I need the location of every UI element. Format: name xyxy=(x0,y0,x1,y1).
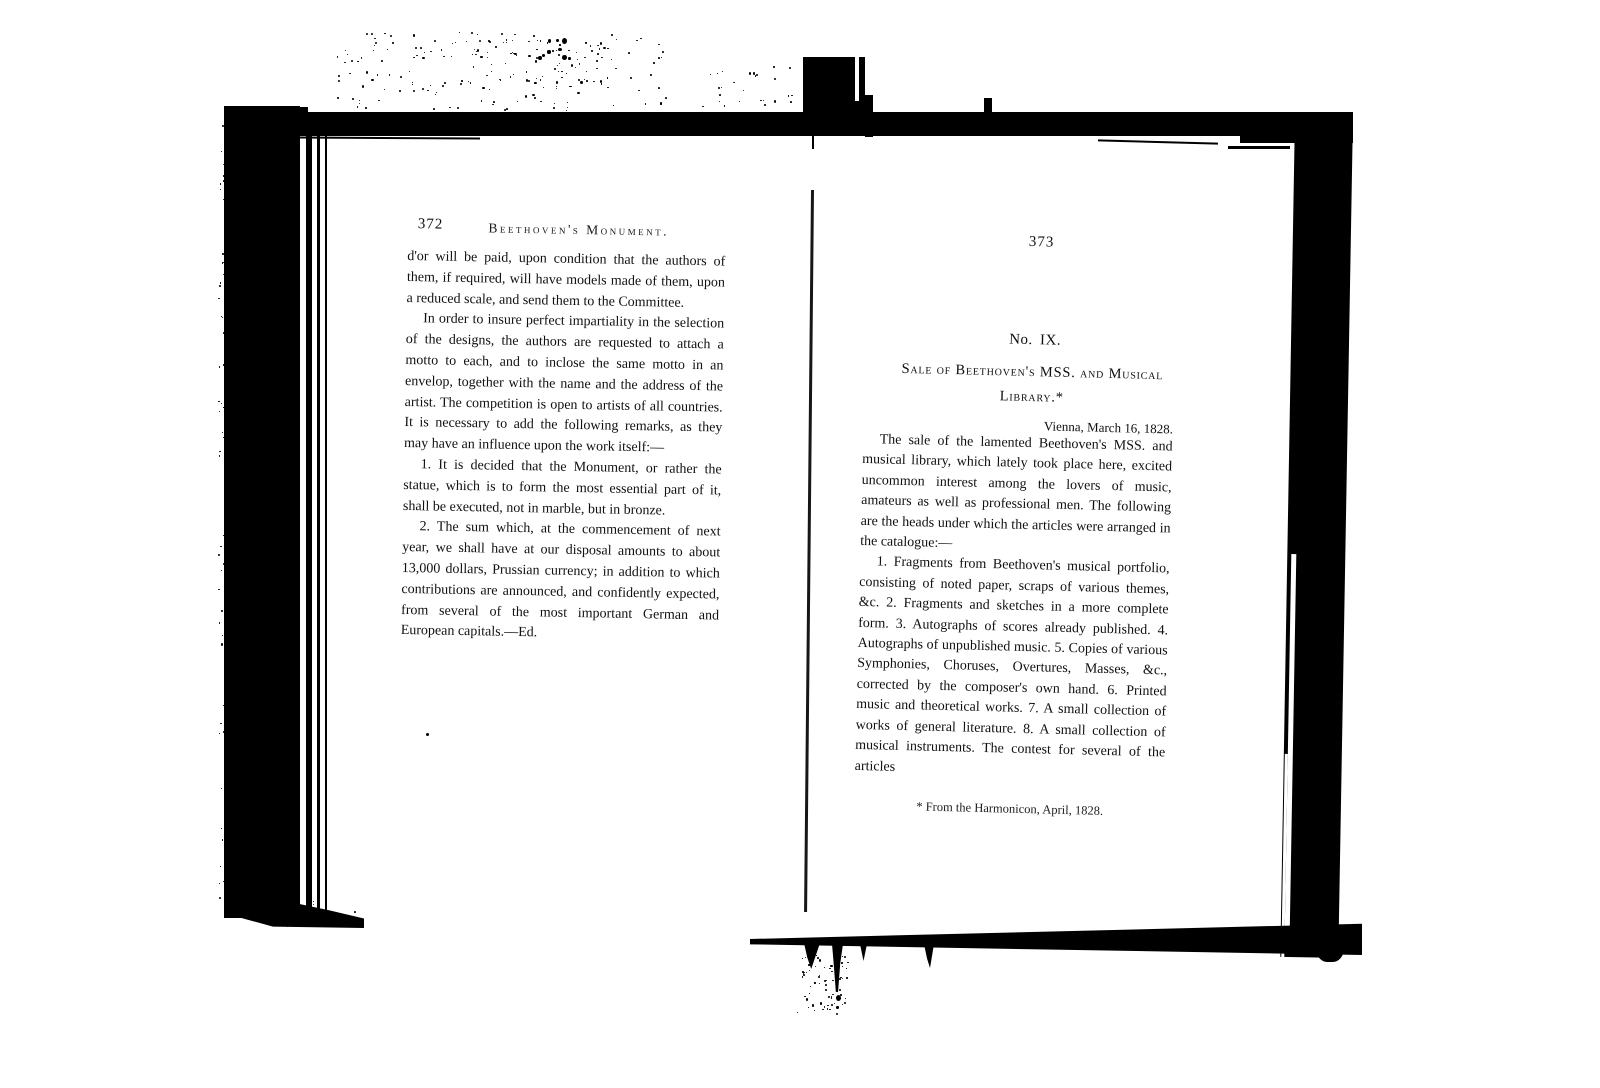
dust-speck xyxy=(804,996,806,998)
dust-speck xyxy=(374,38,376,39)
dust-speck xyxy=(221,788,222,789)
dust-speck xyxy=(218,554,220,556)
dust-speck xyxy=(812,1004,814,1006)
dust-speck xyxy=(808,964,809,965)
dust-speck xyxy=(224,502,225,504)
dust-speck xyxy=(825,984,827,986)
section-title: Sale of Beethoven's MSS. and Musical Lib… xyxy=(893,357,1170,414)
paragraph: d'or will be paid, upon condition that t… xyxy=(406,247,725,315)
dust-speck xyxy=(822,1009,823,1010)
top-edge-band-bump xyxy=(984,98,992,114)
dust-speck xyxy=(221,643,223,645)
dust-speck xyxy=(366,33,368,35)
dust-speck xyxy=(568,57,570,60)
dust-speck xyxy=(390,35,392,37)
dust-speck xyxy=(831,997,833,998)
dust-speck xyxy=(554,103,555,104)
dust-speck xyxy=(567,107,568,108)
dust-speck xyxy=(640,38,641,39)
dust-speck xyxy=(556,86,557,87)
dust-speck xyxy=(615,68,616,69)
dust-speck xyxy=(457,107,459,109)
dust-speck xyxy=(221,316,222,317)
dust-speck xyxy=(536,78,538,79)
dust-speck xyxy=(818,976,820,978)
dust-speck xyxy=(345,918,347,920)
dust-speck xyxy=(552,50,553,52)
dust-speck xyxy=(218,589,219,590)
dust-speck xyxy=(422,57,424,59)
dust-speck xyxy=(381,60,383,62)
dust-speck xyxy=(611,34,613,36)
dust-speck xyxy=(556,88,557,89)
dust-speck xyxy=(224,418,225,419)
dust-speck xyxy=(832,980,834,982)
right-page-body: The sale of the lamented Beethoven's MSS… xyxy=(854,430,1172,784)
bottom-drip-2 xyxy=(832,944,843,992)
dust-speck xyxy=(366,71,368,74)
dust-speck xyxy=(836,1013,838,1015)
dust-speck xyxy=(489,89,490,90)
dust-speck xyxy=(653,62,654,64)
dust-speck xyxy=(596,68,598,70)
dust-speck xyxy=(422,88,424,90)
dust-speck xyxy=(427,90,429,91)
dust-speck xyxy=(831,996,832,997)
dust-speck xyxy=(847,962,848,963)
dust-speck xyxy=(473,66,474,67)
dust-speck xyxy=(832,994,834,996)
left-edge-stripe-3 xyxy=(325,124,327,912)
dust-speck xyxy=(474,49,475,50)
dust-speck xyxy=(378,100,380,102)
dust-speck xyxy=(802,958,803,959)
dust-speck xyxy=(590,45,592,47)
dust-speck xyxy=(219,455,220,456)
dust-speck xyxy=(487,57,488,58)
dust-speck xyxy=(472,54,473,55)
dust-speck xyxy=(719,94,721,96)
dust-speck xyxy=(460,83,462,85)
dust-speck xyxy=(221,151,222,152)
dust-speck xyxy=(547,50,551,53)
dust-speck xyxy=(477,34,478,36)
dust-speck xyxy=(337,56,338,58)
dust-speck xyxy=(223,199,224,200)
dust-speck xyxy=(824,1006,826,1008)
dust-speck xyxy=(470,82,471,83)
dust-speck xyxy=(607,87,609,88)
dust-speck xyxy=(433,108,435,110)
dust-speck xyxy=(556,39,559,42)
left-edge-stripe-1 xyxy=(306,112,312,912)
dust-speck xyxy=(517,101,519,103)
dust-speck xyxy=(660,102,662,104)
dust-speck xyxy=(514,34,516,36)
dust-speck xyxy=(480,56,482,58)
dust-speck xyxy=(359,100,361,101)
dust-speck xyxy=(616,39,617,40)
dust-speck xyxy=(221,403,222,404)
dust-speck xyxy=(493,101,495,103)
dust-speck xyxy=(846,977,847,979)
dust-speck xyxy=(580,81,582,83)
top-edge-wavy-line-2 xyxy=(1228,146,1290,149)
dust-speck xyxy=(455,42,456,43)
dust-speck xyxy=(724,105,726,107)
dust-speck xyxy=(842,978,843,979)
dust-speck xyxy=(413,57,414,58)
dust-speck xyxy=(361,57,362,59)
dust-speck xyxy=(220,282,222,283)
section-number: No. IX. xyxy=(879,328,1191,353)
dust-speck xyxy=(571,64,573,67)
dust-speck xyxy=(599,48,600,49)
gutter-line xyxy=(804,190,814,912)
dust-speck xyxy=(221,610,223,612)
dust-speck xyxy=(436,92,437,93)
dust-speck xyxy=(816,955,817,956)
dust-speck xyxy=(319,900,320,901)
dust-speck xyxy=(661,57,662,58)
dust-speck xyxy=(392,42,394,44)
dust-speck xyxy=(482,87,484,89)
dust-speck xyxy=(559,44,560,46)
dust-speck xyxy=(814,1010,816,1011)
dust-speck xyxy=(225,163,226,164)
dust-speck xyxy=(357,61,358,63)
dust-speck xyxy=(839,978,841,980)
dust-speck xyxy=(802,976,803,977)
dust-speck xyxy=(789,67,791,69)
dust-speck xyxy=(219,733,220,734)
dust-speck xyxy=(773,66,775,67)
dust-speck xyxy=(413,34,415,36)
dust-speck xyxy=(584,79,585,80)
dust-speck xyxy=(375,42,377,44)
dust-speck xyxy=(513,53,515,54)
dust-speck xyxy=(760,100,762,102)
dust-speck xyxy=(533,35,535,36)
dust-speck xyxy=(556,50,557,51)
dust-speck xyxy=(223,175,224,177)
dust-speck xyxy=(702,106,704,107)
dust-speck xyxy=(219,411,220,412)
left-edge-band xyxy=(224,106,300,918)
dust-speck xyxy=(262,911,264,913)
dust-speck xyxy=(600,42,602,45)
dust-speck xyxy=(718,87,720,89)
dust-speck xyxy=(500,79,501,80)
dust-speck xyxy=(222,839,224,841)
right-edge-band xyxy=(1280,114,1353,958)
dust-speck xyxy=(831,971,833,972)
dust-speck xyxy=(219,897,221,899)
dust-speck xyxy=(841,962,843,963)
dust-speck xyxy=(842,956,843,957)
dust-speck xyxy=(743,90,744,92)
dust-speck xyxy=(820,1002,822,1004)
dust-speck xyxy=(834,1003,835,1004)
dust-speck xyxy=(503,42,504,43)
dust-speck xyxy=(506,39,507,41)
dust-speck xyxy=(220,189,221,190)
footnote: * From the Harmonicon, April, 1828. xyxy=(854,798,1166,821)
dust-speck xyxy=(224,716,226,718)
dust-speck xyxy=(486,75,488,76)
dust-speck xyxy=(829,1009,831,1010)
dust-speck xyxy=(347,917,348,919)
dust-speck xyxy=(717,73,718,74)
left-running-head: Beethoven's Monument. xyxy=(420,219,738,241)
dust-speck xyxy=(451,56,452,57)
dust-speck xyxy=(815,966,816,967)
dust-speck xyxy=(844,956,846,958)
left-edge-stripe-2 xyxy=(317,118,320,914)
dust-speck xyxy=(529,41,530,42)
dust-speck xyxy=(566,110,567,111)
dust-speck xyxy=(540,40,541,41)
dust-speck xyxy=(577,59,578,60)
dust-speck xyxy=(819,959,821,962)
gutter-line-upper-segment xyxy=(812,131,814,149)
dust-speck xyxy=(814,982,815,984)
dust-speck xyxy=(223,180,225,182)
dust-speck xyxy=(836,968,837,969)
dust-speck xyxy=(810,986,811,987)
dust-speck xyxy=(420,47,422,49)
dust-speck xyxy=(535,60,537,63)
dust-speck xyxy=(584,57,586,58)
dust-speck xyxy=(479,40,481,42)
top-edge-wavy-line-1 xyxy=(1098,139,1218,144)
dust-speck xyxy=(220,183,222,184)
dust-speck xyxy=(424,52,425,53)
dust-speck xyxy=(532,94,534,96)
dust-speck xyxy=(510,76,512,78)
dust-speck xyxy=(365,107,367,109)
dust-speck xyxy=(430,85,431,87)
dust-speck xyxy=(354,911,356,913)
bottom-drip-3 xyxy=(860,944,867,961)
dust-speck xyxy=(586,80,588,82)
dust-speck xyxy=(218,401,219,402)
dust-speck xyxy=(371,79,373,81)
dust-speck xyxy=(842,966,843,967)
dust-speck xyxy=(477,49,479,51)
dust-speck xyxy=(281,917,283,918)
dust-speck xyxy=(808,1007,809,1008)
dust-speck xyxy=(568,50,570,51)
dust-speck xyxy=(352,98,354,100)
dust-speck xyxy=(553,107,555,109)
dust-speck xyxy=(803,974,805,975)
dust-speck xyxy=(662,51,664,53)
dust-speck xyxy=(516,55,518,56)
dust-speck xyxy=(613,105,614,106)
dust-speck xyxy=(219,451,220,452)
dust-speck xyxy=(840,994,842,996)
dust-speck xyxy=(556,81,558,84)
dust-speck xyxy=(373,50,374,51)
dust-speck xyxy=(481,100,482,102)
dust-speck xyxy=(506,108,508,110)
dust-speck xyxy=(226,428,228,430)
dust-speck xyxy=(351,60,353,62)
dust-speck xyxy=(528,55,530,57)
right-edge-slit-1 xyxy=(1285,554,1297,944)
dust-speck xyxy=(845,998,846,999)
dust-speck xyxy=(534,82,537,84)
dust-speck xyxy=(218,298,219,299)
dust-speck xyxy=(774,100,776,102)
dust-speck xyxy=(809,970,810,971)
dust-speck xyxy=(591,50,593,52)
dust-speck xyxy=(806,972,807,973)
dust-speck xyxy=(223,164,224,165)
book-scan-spread: 372 Beethoven's Monument. d'or will be p… xyxy=(0,0,1600,1088)
dust-speck xyxy=(491,64,492,65)
dust-speck xyxy=(345,50,346,51)
dust-speck xyxy=(475,54,477,55)
dust-speck xyxy=(374,45,375,46)
dust-speck xyxy=(763,100,764,101)
dust-speck xyxy=(593,81,594,82)
paragraph: In order to insure perfect impartiality … xyxy=(404,309,724,460)
dust-speck xyxy=(461,80,463,82)
dust-speck xyxy=(504,109,506,111)
dust-speck xyxy=(719,101,720,102)
dust-speck xyxy=(797,1012,798,1013)
paragraph: 2. The sum which, at the commencement of… xyxy=(401,517,721,647)
dust-speck xyxy=(349,73,351,74)
dust-speck xyxy=(226,486,228,488)
dust-speck xyxy=(827,1005,828,1006)
dust-speck xyxy=(221,570,222,572)
dust-speck xyxy=(576,52,578,54)
dust-speck xyxy=(558,54,560,56)
dust-speck xyxy=(223,437,224,438)
dust-speck xyxy=(219,883,220,884)
dust-speck xyxy=(471,32,473,34)
dust-speck xyxy=(756,74,758,76)
dust-speck xyxy=(506,42,507,43)
dust-speck xyxy=(409,71,410,72)
dust-speck xyxy=(645,103,647,105)
dust-speck xyxy=(628,52,630,54)
dust-speck xyxy=(542,76,543,77)
dust-speck xyxy=(650,74,652,76)
dust-speck xyxy=(223,563,225,565)
dust-speck xyxy=(221,828,222,829)
dust-speck xyxy=(739,101,741,102)
dust-speck xyxy=(721,87,722,88)
dust-speck xyxy=(501,33,503,35)
stray-dot-left-page xyxy=(426,733,429,736)
dust-speck xyxy=(223,407,224,408)
dust-speck xyxy=(749,72,751,74)
dust-speck xyxy=(802,971,804,973)
dust-speck xyxy=(559,63,560,64)
dust-speck xyxy=(567,102,568,103)
right-page: 373 No. IX. Sale of Beethoven's MSS. and… xyxy=(853,222,1180,859)
dust-speck xyxy=(558,48,563,51)
dust-speck xyxy=(352,916,353,918)
dust-speck xyxy=(226,304,227,305)
dust-speck xyxy=(316,911,317,912)
dust-speck xyxy=(220,546,221,547)
paragraph: 1. Fragments from Beethoven's musical po… xyxy=(854,552,1169,784)
dust-speck xyxy=(636,40,638,42)
dust-speck xyxy=(222,253,223,255)
dust-speck xyxy=(548,39,552,44)
dust-speck xyxy=(444,82,446,84)
dust-speck xyxy=(220,866,221,867)
dust-speck xyxy=(357,106,359,108)
dust-speck xyxy=(607,77,608,78)
dust-speck xyxy=(223,262,224,263)
dust-speck xyxy=(831,1004,833,1006)
dust-speck xyxy=(543,87,544,88)
dust-speck xyxy=(825,989,827,991)
dust-speck xyxy=(805,957,806,958)
dust-speck xyxy=(528,80,530,82)
dust-speck xyxy=(513,74,514,75)
dust-speck xyxy=(830,965,832,967)
dust-speck xyxy=(400,76,402,78)
dust-speck xyxy=(665,97,667,99)
dust-speck xyxy=(836,1006,838,1008)
dust-speck xyxy=(222,317,223,318)
dust-speck xyxy=(722,71,723,72)
dust-speck xyxy=(569,86,571,88)
dust-speck xyxy=(540,79,542,81)
dust-speck xyxy=(808,965,810,967)
top-tab xyxy=(803,57,865,117)
dust-speck xyxy=(279,919,281,920)
dust-speck xyxy=(412,82,413,83)
dust-speck xyxy=(359,103,360,104)
dust-speck xyxy=(658,44,660,46)
dust-speck xyxy=(561,71,563,72)
dust-speck xyxy=(733,82,735,83)
dust-speck xyxy=(466,41,468,43)
dust-speck xyxy=(607,48,609,50)
dust-speck xyxy=(809,993,810,994)
dust-speck xyxy=(846,968,847,969)
dust-speck xyxy=(344,62,346,64)
dust-speck xyxy=(819,983,820,984)
dust-speck xyxy=(219,285,221,287)
top-edge-band-left-joint xyxy=(238,107,308,125)
dust-speck xyxy=(788,95,790,97)
dust-speck xyxy=(764,104,766,106)
dust-speck xyxy=(601,83,603,85)
dust-speck xyxy=(554,68,556,70)
dust-speck xyxy=(561,77,563,78)
dust-speck xyxy=(505,63,506,64)
dust-speck xyxy=(488,40,489,42)
dust-speck xyxy=(452,43,453,44)
dust-speck xyxy=(449,107,450,108)
dust-speck xyxy=(597,53,599,55)
dust-speck xyxy=(829,968,831,970)
dust-speck xyxy=(525,95,527,98)
dust-speck xyxy=(658,57,660,59)
dust-speck xyxy=(824,980,826,982)
dust-speck xyxy=(434,40,436,42)
bottom-drip-4 xyxy=(924,944,934,968)
